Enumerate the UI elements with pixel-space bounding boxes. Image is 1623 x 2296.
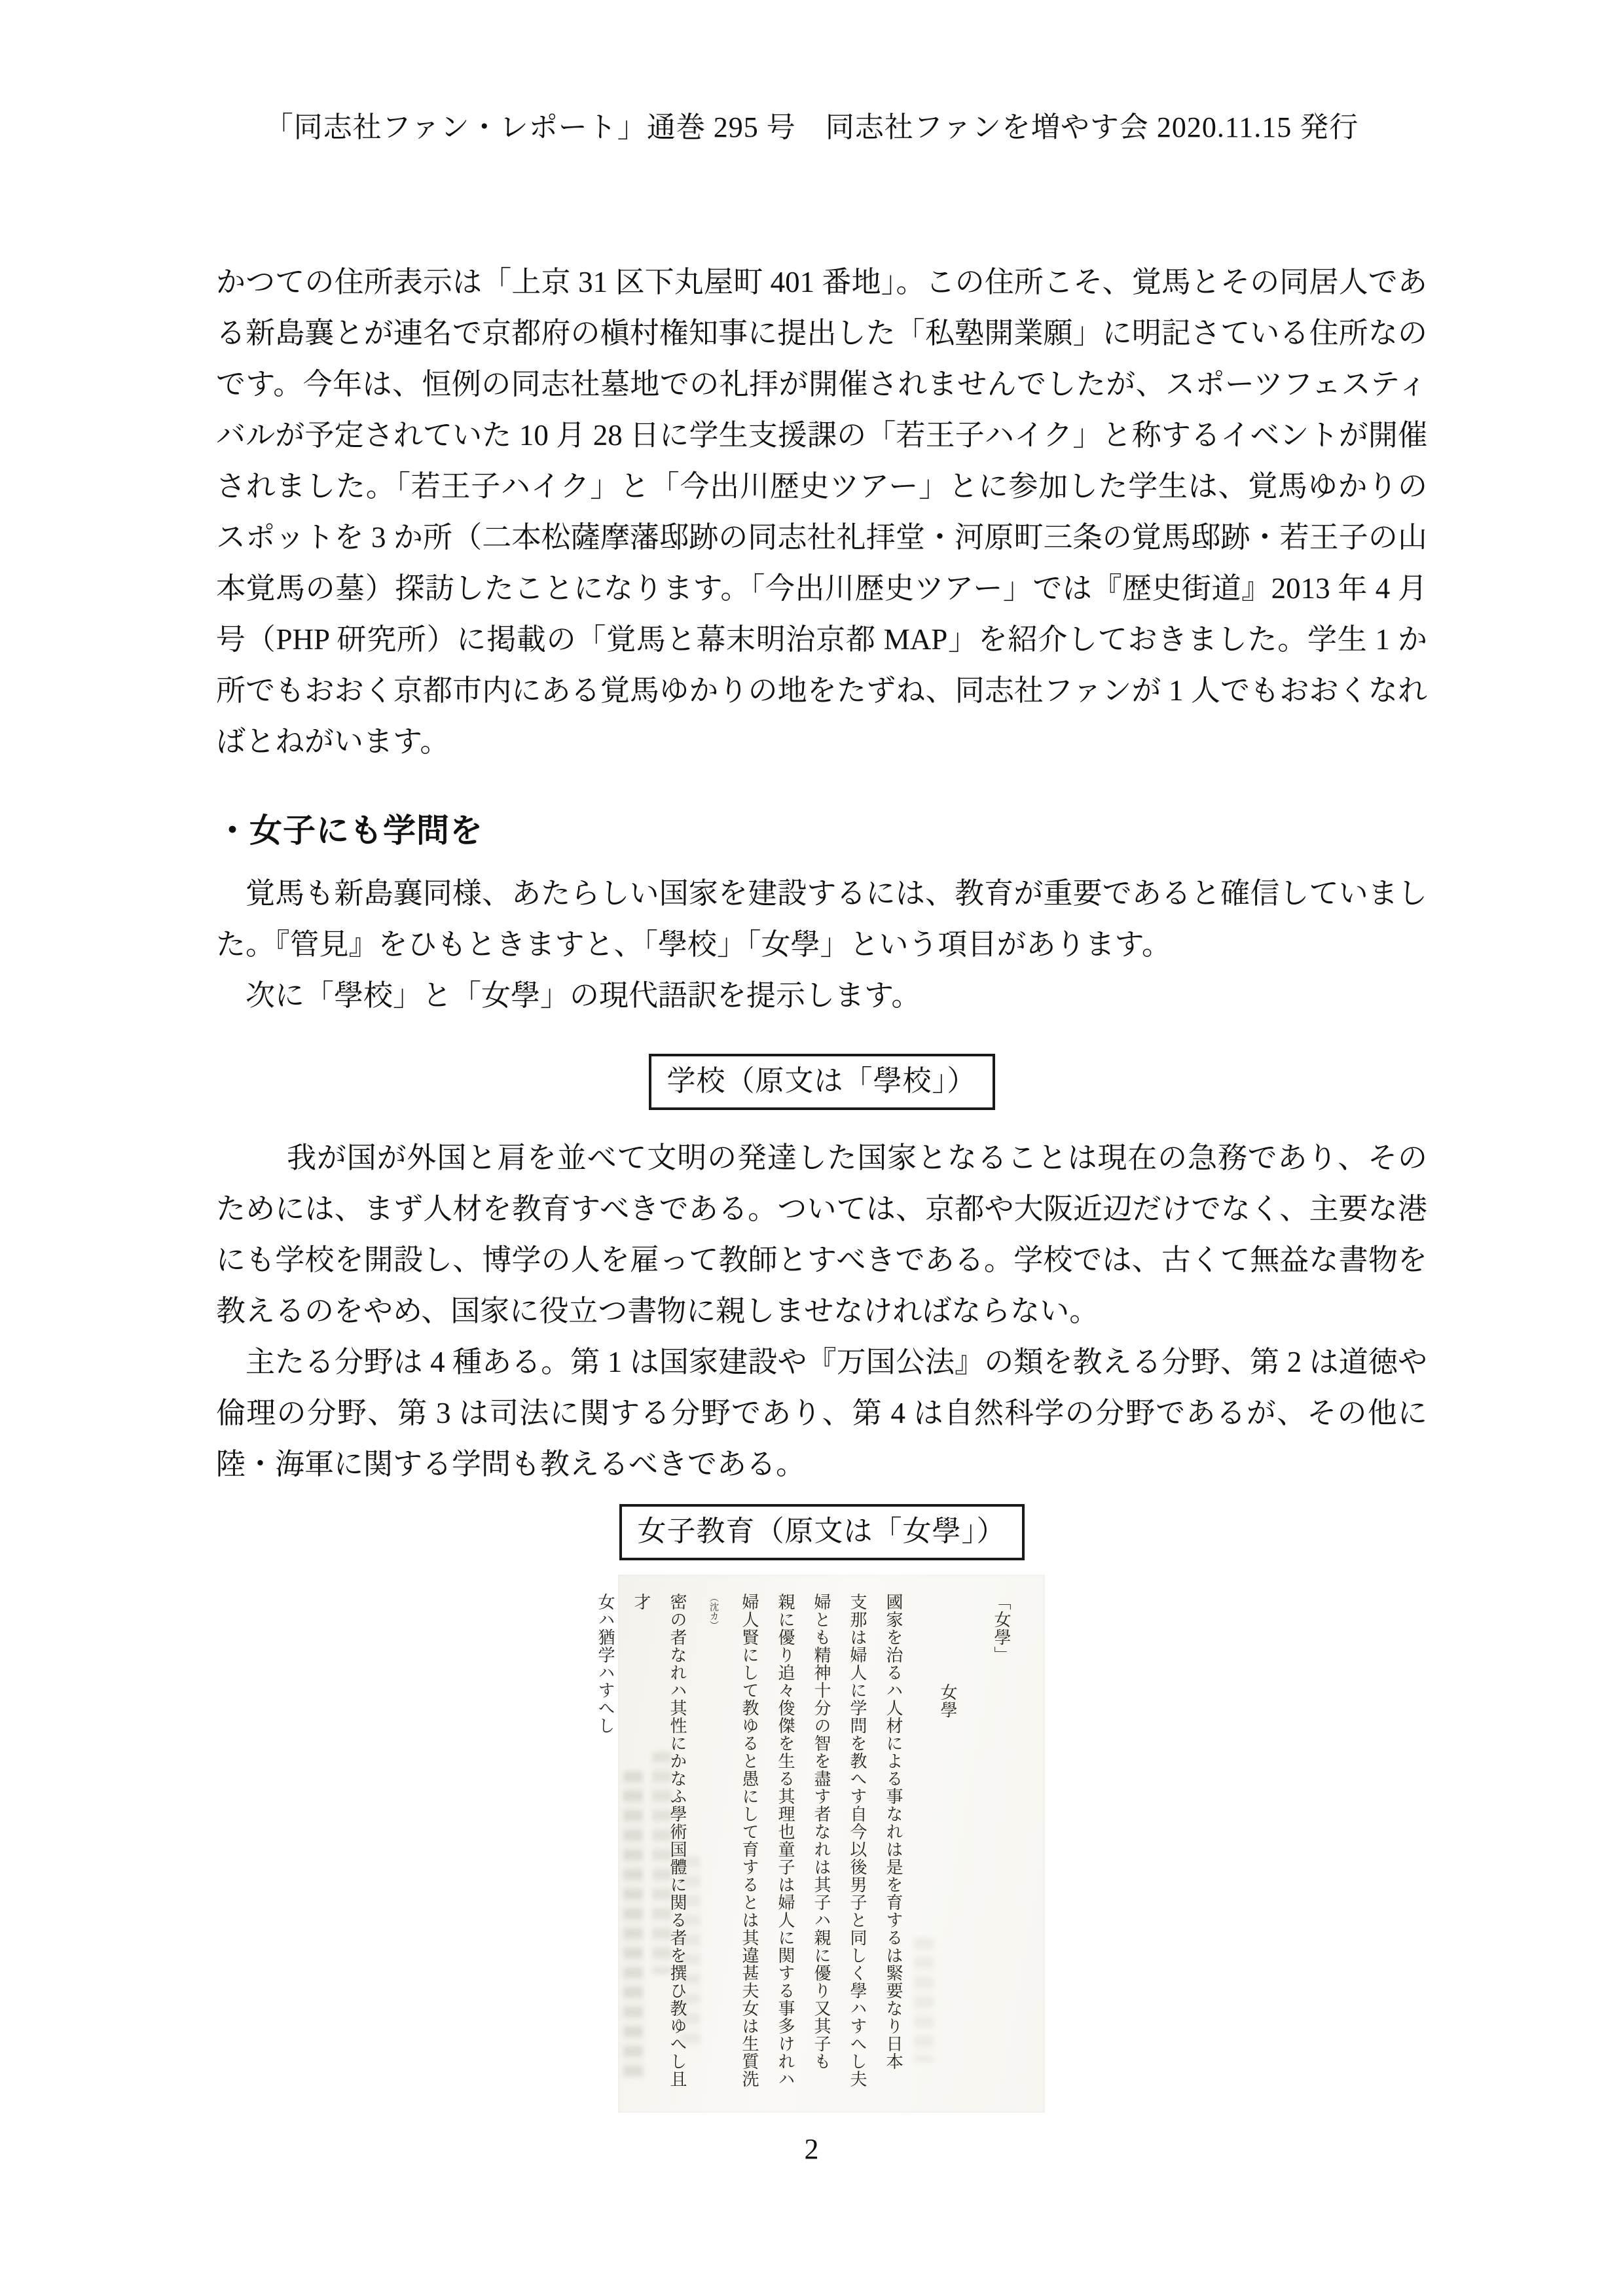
scan-column: 國家を治るハ人材による事なれは是を育するは緊要なり日本 xyxy=(875,1593,911,2097)
scan-column: 親に優り追々俊傑を生る其理也童子は婦人に関する事多けれハ xyxy=(767,1593,803,2097)
page-number: 2 xyxy=(0,2132,1623,2166)
scan-vertical-text: 「女學」 女學 國家を治るハ人材による事なれは是を育するは緊要なり日本 支那は婦… xyxy=(660,1593,1020,2097)
section-paragraph-2: 次に「學校」と「女學」の現代語訳を提示します。 xyxy=(216,970,1427,1021)
section-paragraph-1: 覚馬も新島襄同様、あたらしい国家を建設するには、教育が重要であると確信していまし… xyxy=(216,868,1427,970)
scan-column-subtitle: 女學 xyxy=(928,1593,966,2097)
scan-column: 密の者なれハ其性にかなふ學術国體に関る者を撰ひ教ゆへし且才 xyxy=(623,1593,695,2097)
page-content: かつての住所表示は「上京 31 区下丸屋町 401 番地」。この住所こそ、覚馬と… xyxy=(216,257,1427,1560)
scan-column-text: 婦人賢にして教ゆると愚にして育するとは其違甚夫女は生質洗 xyxy=(740,1593,759,2088)
scan-column: 支那は婦人に学問を教へす自今以後男子と同しく學ハすへし夫 xyxy=(839,1593,875,2097)
women-title-box-wrap: 女子教育（原文は「女學」） xyxy=(216,1504,1427,1560)
scan-column: 婦とも精神十分の智を盡す者なれは其子ハ親に優り又其子も xyxy=(803,1593,839,2097)
intro-paragraph: かつての住所表示は「上京 31 区下丸屋町 401 番地」。この住所こそ、覚馬と… xyxy=(216,257,1427,767)
school-title-box-wrap: 学校（原文は「學校」） xyxy=(216,1054,1427,1110)
newsletter-page: 「同志社ファン・レポート」通巻 295 号 同志社ファンを増やす会 2020.1… xyxy=(0,0,1623,2296)
school-title-box: 学校（原文は「學校」） xyxy=(649,1054,995,1110)
school-paragraph-2: 主たる分野は 4 種ある。第 1 は国家建設や『万国公法』の類を教える分野、第 … xyxy=(216,1336,1427,1490)
women-title-box: 女子教育（原文は「女學」） xyxy=(619,1504,1025,1560)
scan-column-title: 「女學」 xyxy=(982,1593,1020,2097)
kanken-jogaku-scan-image: 「女學」 女學 國家を治るハ人材による事なれは是を育するは緊要なり日本 支那は婦… xyxy=(618,1575,1045,2113)
school-paragraph-1: 我が国が外国と肩を並べて文明の発達した国家となることは現在の急務であり、そのため… xyxy=(216,1132,1427,1336)
doc-header-line: 「同志社ファン・レポート」通巻 295 号 同志社ファンを増やす会 2020.1… xyxy=(0,0,1623,145)
section-heading-women-education: ・女子にも学問を xyxy=(216,809,1427,852)
scan-column: 女ハ猶学ハすへし xyxy=(587,1593,623,2097)
scan-column-annotation: （沈カ） xyxy=(708,1593,718,1630)
scan-column: 婦人賢にして教ゆると愚にして育するとは其違甚夫女は生質洗（沈カ） xyxy=(695,1593,767,2097)
